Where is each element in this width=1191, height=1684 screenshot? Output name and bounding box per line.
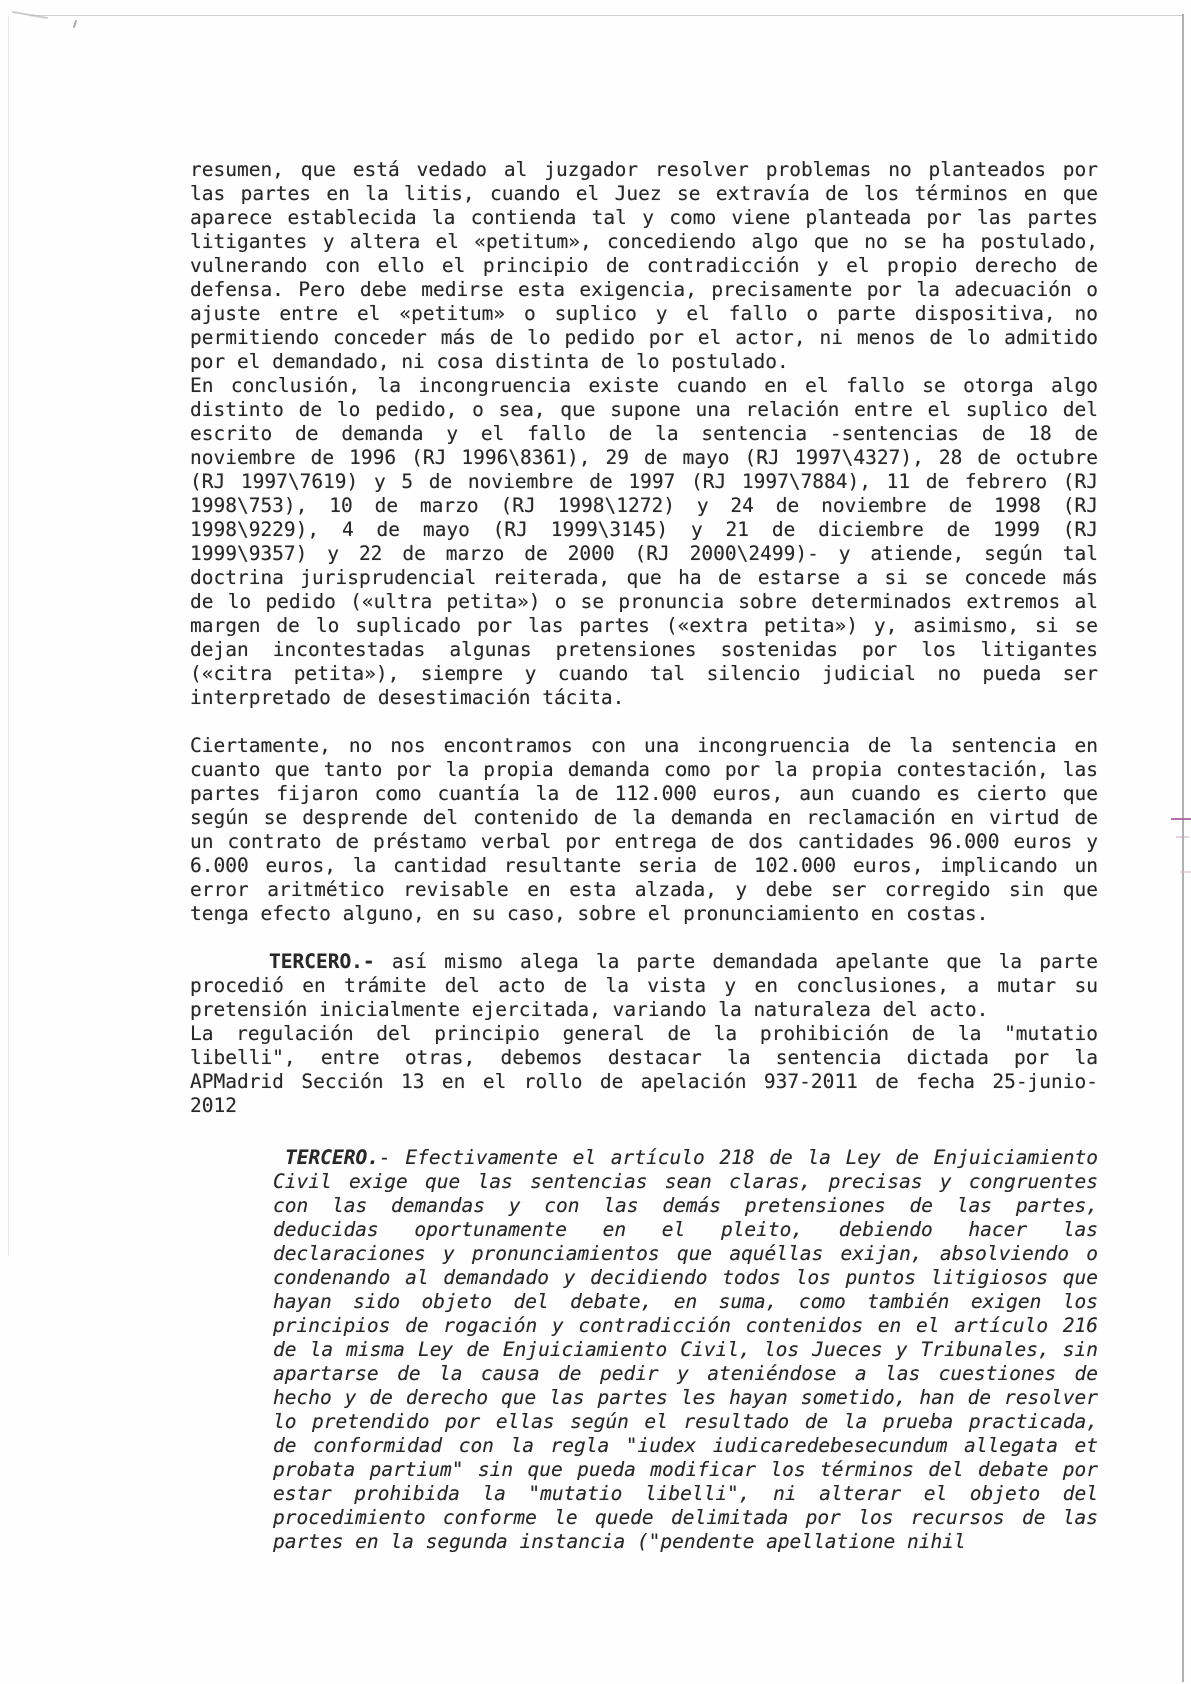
text-line: con las demandas y con las demás pretens… — [273, 1194, 1098, 1218]
text-line: Civil exige que las sentencias sean clar… — [273, 1170, 1098, 1194]
text-line: según se desprende del contenido de la d… — [190, 806, 1098, 830]
text-line: deducidas oportunamente en el pleito, de… — [273, 1218, 1098, 1242]
text-line: por el demandado, ni cosa distinta de lo… — [190, 350, 1098, 374]
bold-lead: TERCERO.- — [269, 950, 375, 973]
text-line: («citra petita»), siempre y cuando tal s… — [190, 662, 1098, 686]
text-line: hayan sido objeto del debate, en suma, c… — [273, 1290, 1098, 1314]
text-line: lo pretendido por ellas según el resulta… — [273, 1410, 1098, 1434]
text-line: cuanto que tanto por la propia demanda c… — [190, 758, 1098, 782]
text-line: error aritmético revisable en esta alzad… — [190, 878, 1098, 902]
small-pen-tick — [73, 20, 77, 28]
text-line: 1999\9357) y 22 de marzo de 2000 (RJ 200… — [190, 542, 1098, 566]
text-line: 2012 — [190, 1094, 1098, 1118]
text-line: (RJ 1997\7619) y 5 de noviembre de 1997 … — [190, 470, 1098, 494]
text-line: doctrina jurisprudencial reiterada, que … — [190, 566, 1098, 590]
text-line: hecho y de derecho que las partes les ha… — [273, 1386, 1098, 1410]
text-line: 1998\753), 10 de marzo (RJ 1998\1272) y … — [190, 494, 1098, 518]
text-line: ajuste entre el «petitum» o suplico y el… — [190, 302, 1098, 326]
text-line: procedimiento conforme le quede delimita… — [273, 1506, 1098, 1530]
text-line: resumen, que está vedado al juzgador res… — [190, 158, 1098, 182]
text-line: procedió en trámite del acto de la vista… — [190, 974, 1098, 998]
text-line: Ciertamente, no nos encontramos con una … — [190, 734, 1098, 758]
text-line: vulnerando con ello el principio de cont… — [190, 254, 1098, 278]
text-line: de lo pedido («ultra petita») o se pronu… — [190, 590, 1098, 614]
scan-top-edge-line — [30, 15, 1183, 16]
text-line: TERCERO.- así mismo alega la parte deman… — [190, 950, 1098, 974]
text-line: escrito de demanda y el fallo de la sent… — [190, 422, 1098, 446]
pink-pen-tick-1 — [1171, 818, 1191, 820]
pink-pen-tick-2 — [1176, 836, 1189, 838]
paragraph-en-conclusion: En conclusión, la incongruencia existe c… — [190, 374, 1098, 710]
text-line: permitiendo conceder más de lo pedido po… — [190, 326, 1098, 350]
scan-left-edge-line — [8, 16, 9, 1256]
text-line: APMadrid Sección 13 en el rollo de apela… — [190, 1070, 1098, 1094]
paragraph-quote-tercero: TERCERO.- Efectivamente el artículo 218 … — [273, 1146, 1098, 1554]
bold-lead: TERCERO. — [285, 1146, 379, 1169]
document-text: resumen, que está vedado al juzgador res… — [190, 158, 1098, 1554]
text-line: La regulación del principio general de l… — [190, 1022, 1098, 1046]
text-line: principios de rogación y contradicción c… — [273, 1314, 1098, 1338]
text-line: probata partium" sin que pueda modificar… — [273, 1458, 1098, 1482]
text-line: margen de lo suplicado por las partes («… — [190, 614, 1098, 638]
paragraph-tercero: TERCERO.- así mismo alega la parte deman… — [190, 950, 1098, 1022]
text-line: tenga efecto alguno, en su caso, sobre e… — [190, 902, 1098, 926]
text-line: estar prohibida la "mutatio libelli", ni… — [273, 1482, 1098, 1506]
scanned-page: resumen, que está vedado al juzgador res… — [0, 0, 1191, 1684]
text-line: las partes en la litis, cuando el Juez s… — [190, 182, 1098, 206]
text-line: litigantes y altera el «petitum», conced… — [190, 230, 1098, 254]
paragraph-ciertamente: Ciertamente, no nos encontramos con una … — [190, 734, 1098, 926]
paragraph-la-regulacion: La regulación del principio general de l… — [190, 1022, 1098, 1118]
text-line: aparece establecida la contienda tal y c… — [190, 206, 1098, 230]
text-line: TERCERO.- Efectivamente el artículo 218 … — [273, 1146, 1098, 1170]
pink-pen-tick-3 — [1180, 871, 1191, 873]
text-line: condenando al demandado y decidiendo tod… — [273, 1266, 1098, 1290]
text-line: dejan incontestadas algunas pretensiones… — [190, 638, 1098, 662]
text-line: distinto de lo pedido, o sea, que supone… — [190, 398, 1098, 422]
text-line: interpretado de desestimación tácita. — [190, 686, 1098, 710]
text-line: partes fijaron como cuantía la de 112.00… — [190, 782, 1098, 806]
text-line: apartarse de la causa de pedir y atenién… — [273, 1362, 1098, 1386]
paragraph-resumen: resumen, que está vedado al juzgador res… — [190, 158, 1098, 374]
text-line: de conformidad con la regla "iudex iudic… — [273, 1434, 1098, 1458]
text-line: 1998\9229), 4 de mayo (RJ 1999\3145) y 2… — [190, 518, 1098, 542]
text-line: pretensión inicialmente ejercitada, vari… — [190, 998, 1098, 1022]
text-line: declaraciones y pronunciamientos que aqu… — [273, 1242, 1098, 1266]
text-line: 6.000 euros, la cantidad resultante seri… — [190, 854, 1098, 878]
scan-right-edge-line — [1182, 14, 1184, 1682]
text-line: libelli", entre otras, debemos destacar … — [190, 1046, 1098, 1070]
text-line: En conclusión, la incongruencia existe c… — [190, 374, 1098, 398]
text-line: defensa. Pero debe medirse esta exigenci… — [190, 278, 1098, 302]
text-line: de la misma Ley de Enjuiciamiento Civil,… — [273, 1338, 1098, 1362]
text-line: noviembre de 1996 (RJ 1996\8361), 29 de … — [190, 446, 1098, 470]
text-line: un contrato de préstamo verbal por entre… — [190, 830, 1098, 854]
text-line: partes en la segunda instancia ("pendent… — [273, 1530, 1098, 1554]
